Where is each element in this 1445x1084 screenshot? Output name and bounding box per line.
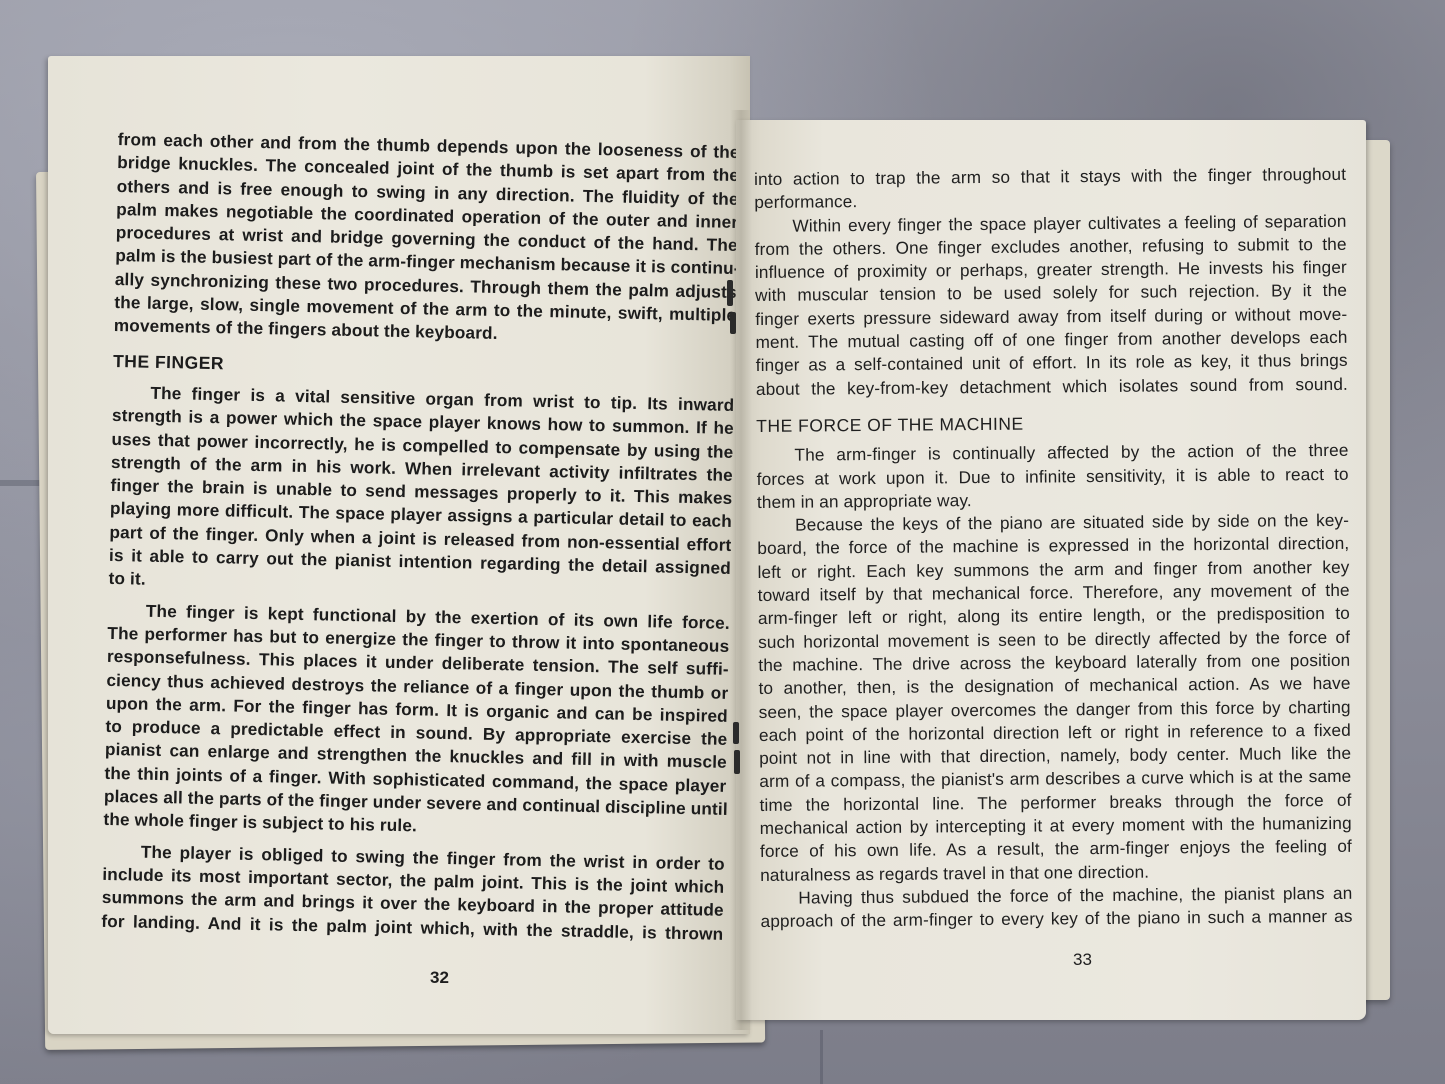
paragraph: The player is obliged to swing the finge… xyxy=(101,839,725,945)
binding-staple xyxy=(734,750,740,774)
paragraph: The finger is kept functional by the exe… xyxy=(103,599,730,845)
section-heading-force-of-the-machine: THE FORCE OF THE MACHINE xyxy=(756,410,1348,438)
page-number: 32 xyxy=(430,968,449,988)
binding-staple xyxy=(727,280,733,306)
page-33: into action to trap the arm so that it s… xyxy=(736,120,1366,1020)
paragraph: Within every finger the space player cul… xyxy=(754,209,1348,401)
intro-paragraph: from each other and from the thumb depen… xyxy=(114,128,740,351)
text-line: approach of the arm-finger to every key … xyxy=(760,905,1352,933)
section-heading-the-finger: THE FINGER xyxy=(113,350,735,386)
left-page-text: from each other and from the thumb depen… xyxy=(101,128,740,946)
intro-paragraph: into action to trap the arm so that it s… xyxy=(754,163,1346,215)
paragraph: Because the keys of the piano are situat… xyxy=(757,509,1352,887)
binding-staple xyxy=(730,312,736,334)
book-gutter xyxy=(730,110,752,1030)
paragraph: Having thus subdued the force of the mac… xyxy=(760,882,1352,934)
page-number: 33 xyxy=(1073,950,1092,970)
paragraph: The finger is a vital sensitive organ fr… xyxy=(108,381,734,604)
text-line: about the key-from-key detachment which … xyxy=(756,372,1348,400)
paragraph: The arm-finger is continually affected b… xyxy=(756,439,1349,514)
page-32: from each other and from the thumb depen… xyxy=(48,56,750,1034)
binding-staple xyxy=(733,722,739,744)
right-page-text: into action to trap the arm so that it s… xyxy=(754,163,1353,934)
open-book: from each other and from the thumb depen… xyxy=(0,0,1445,1084)
